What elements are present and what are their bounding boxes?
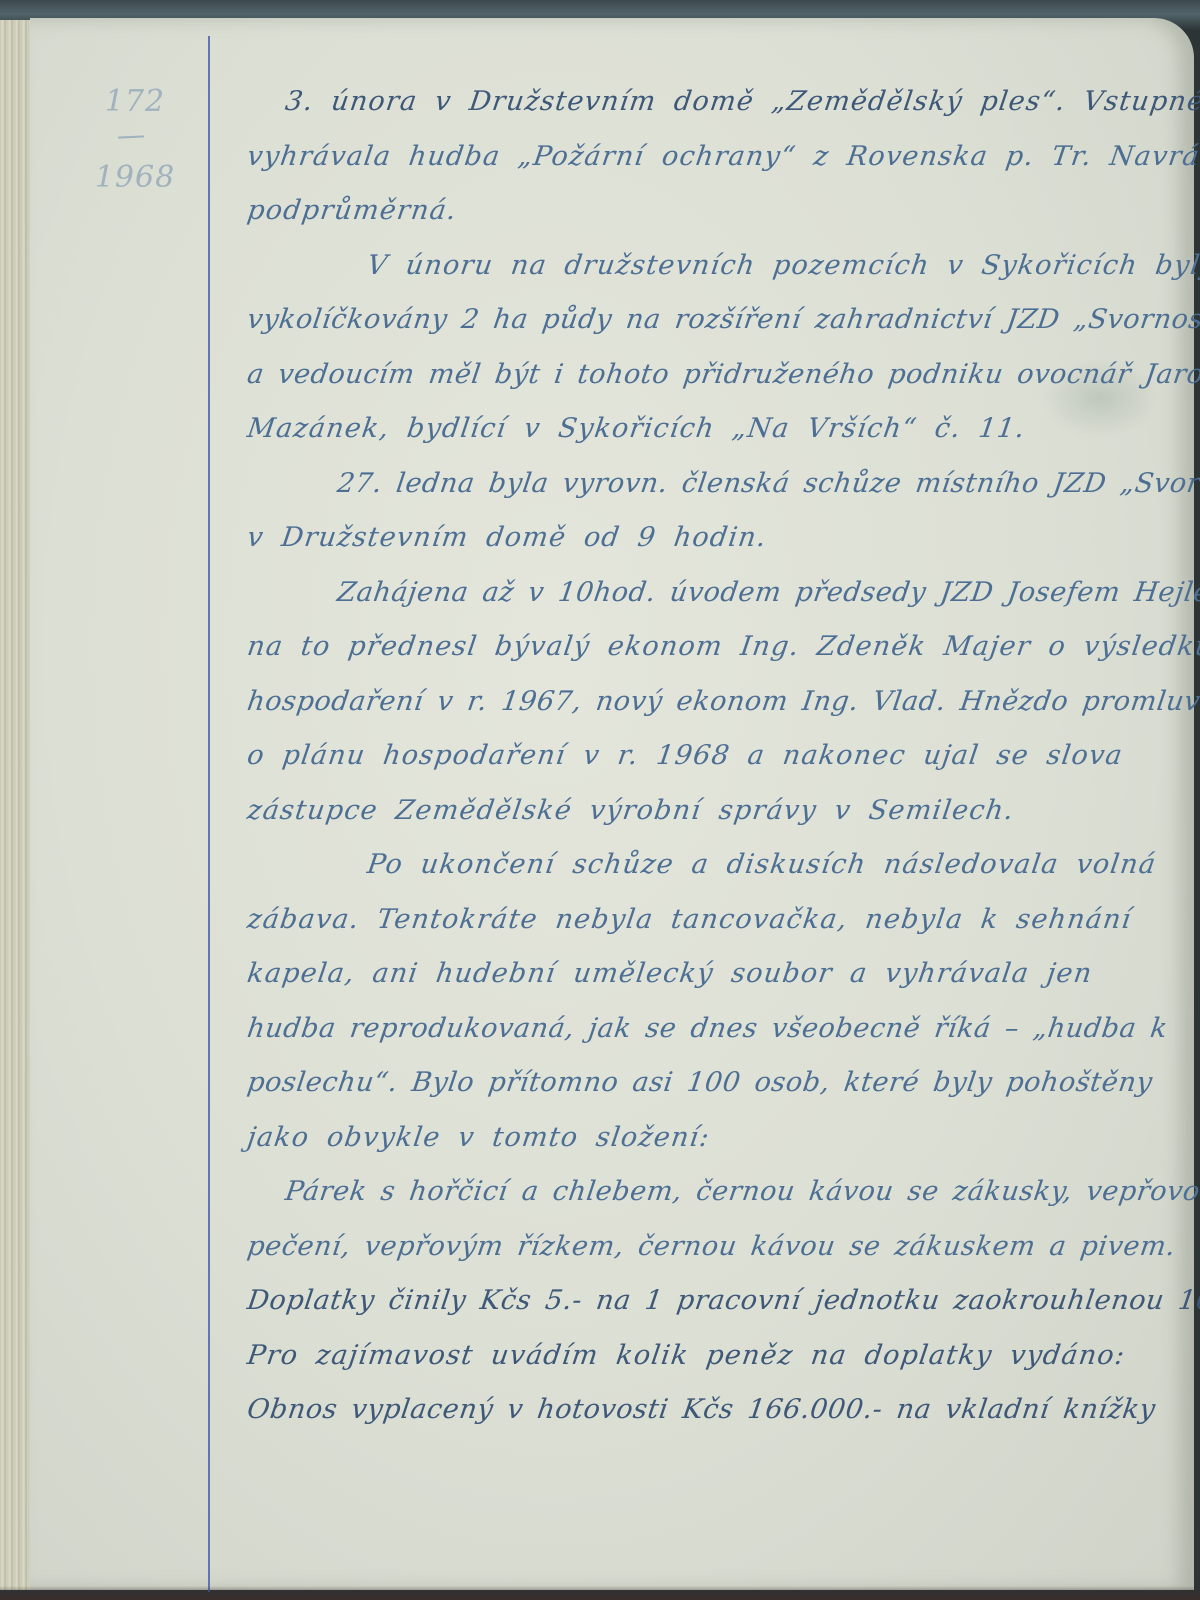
- page-number-underline: [118, 135, 144, 138]
- text-line: V únoru na družstevních pozemcích v Syko…: [242, 250, 1200, 305]
- text-line: jako obvykle v tomto složení:: [242, 1122, 1200, 1177]
- margin-rule: [208, 36, 210, 1592]
- text-line: pečení, vepřovým řízkem, černou kávou se…: [242, 1231, 1200, 1286]
- text-line: vykolíčkovány 2 ha půdy na rozšíření zah…: [242, 304, 1200, 359]
- text-line: 3. února v Družstevním domě „Zemědělský …: [242, 86, 1200, 141]
- notebook-page: 172 1968 3. února v Družstevním domě „Ze…: [30, 18, 1194, 1590]
- text-line: podprůměrná.: [242, 195, 1200, 250]
- text-line: Pro zajímavost uvádím kolik peněz na dop…: [242, 1340, 1200, 1395]
- scanned-page: 172 1968 3. února v Družstevním domě „Ze…: [0, 0, 1200, 1600]
- handwritten-text: 3. února v Družstevním domě „Zemědělský …: [242, 86, 1200, 1449]
- text-line: 27. ledna byla vyrovn. členská schůze mí…: [242, 468, 1200, 523]
- text-line: zábava. Tentokráte nebyla tancovačka, ne…: [242, 904, 1200, 959]
- text-line: zástupce Zemědělské výrobní správy v Sem…: [242, 795, 1200, 850]
- text-line: hospodaření v r. 1967, nový ekonom Ing. …: [242, 686, 1200, 741]
- text-line: o plánu hospodaření v r. 1968 a nakonec …: [242, 740, 1200, 795]
- text-line: hudba reprodukovaná, jak se dnes všeobec…: [242, 1013, 1200, 1068]
- text-line: Obnos vyplacený v hotovosti Kčs 166.000.…: [242, 1394, 1200, 1449]
- text-line: Zahájena až v 10hod. úvodem předsedy JZD…: [242, 577, 1200, 632]
- text-line: Doplatky činily Kčs 5.- na 1 pracovní je…: [242, 1285, 1200, 1340]
- text-line: Po ukončení schůze a diskusích následova…: [242, 849, 1200, 904]
- page-number: 172: [80, 84, 190, 119]
- text-line: na to přednesl bývalý ekonom Ing. Zdeněk…: [242, 631, 1200, 686]
- text-line: a vedoucím měl být i tohoto přidruženého…: [242, 359, 1200, 414]
- text-line: vyhrávala hudba „Požární ochrany“ z Rove…: [242, 141, 1200, 196]
- page-bottom-shadow: [0, 1586, 1200, 1600]
- text-line: poslechu“. Bylo přítomno asi 100 osob, k…: [242, 1067, 1200, 1122]
- text-line: v Družstevním domě od 9 hodin.: [242, 522, 1200, 577]
- text-line: Mazánek, bydlící v Sykořicích „Na Vrších…: [242, 413, 1200, 468]
- text-line: kapela, ani hudební umělecký soubor a vy…: [242, 958, 1200, 1013]
- text-line: Párek s hořčicí a chlebem, černou kávou …: [242, 1176, 1200, 1231]
- margin-year: 1968: [80, 160, 190, 195]
